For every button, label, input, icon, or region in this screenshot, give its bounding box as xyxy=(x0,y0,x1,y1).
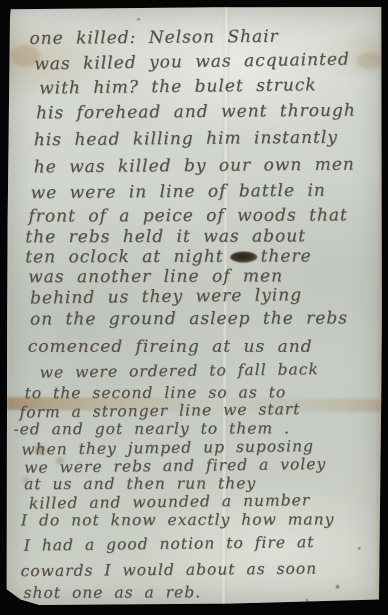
letter-line: was killed you was acquainted xyxy=(34,50,350,75)
letter-line: was another line of men xyxy=(28,266,283,287)
letter-line-text: ten oclock at night xyxy=(25,247,223,268)
letter-line: we were in line of battle in xyxy=(31,181,326,204)
letter-line: we were ordered to fall back xyxy=(40,360,319,381)
letter-line: with him? the bulet struck xyxy=(39,75,317,98)
letter-line: killed and wounded a number xyxy=(29,491,310,512)
letter-line: ten oclock at nightthere xyxy=(25,246,311,267)
letter-line: I had a good notion to fire at xyxy=(24,533,315,555)
letter-line: one killed: Nelson Shair xyxy=(29,27,278,49)
letter-line: shot one as a reb. xyxy=(23,583,201,602)
letter-line: I do not know exactly how many xyxy=(21,510,335,529)
letter-line: we were rebs and fired a voley xyxy=(24,455,326,477)
ink-blot xyxy=(231,252,258,263)
letter-paper: one killed: Nelson Shair was killed you … xyxy=(5,5,383,608)
letter-line: at us and then run they xyxy=(24,474,256,493)
letter-line: behind us they were lying xyxy=(30,285,302,308)
letter-line: cowards I would about as soon xyxy=(21,560,318,581)
letter-line: comenced fireing at us and xyxy=(28,337,313,357)
letter-line-text: there xyxy=(261,246,312,266)
letter-line: front of a peice of woods that xyxy=(28,205,347,226)
letter-line: form a stronger line we start xyxy=(19,400,300,421)
letter-line: his forehead and went through xyxy=(36,101,356,124)
letter-text: one killed: Nelson Shair was killed you … xyxy=(5,5,383,608)
letter-line: the rebs held it was about xyxy=(25,226,306,247)
letter-line: to the second line so as to xyxy=(25,383,287,402)
letter-line: -ed and got nearly to them . xyxy=(13,419,290,438)
photo-background: one killed: Nelson Shair was killed you … xyxy=(0,0,388,615)
letter-line: he was killed by our own men xyxy=(34,155,355,178)
letter-line: his head killing him instantly xyxy=(34,128,338,151)
letter-line: on the ground asleep the rebs xyxy=(30,308,348,329)
